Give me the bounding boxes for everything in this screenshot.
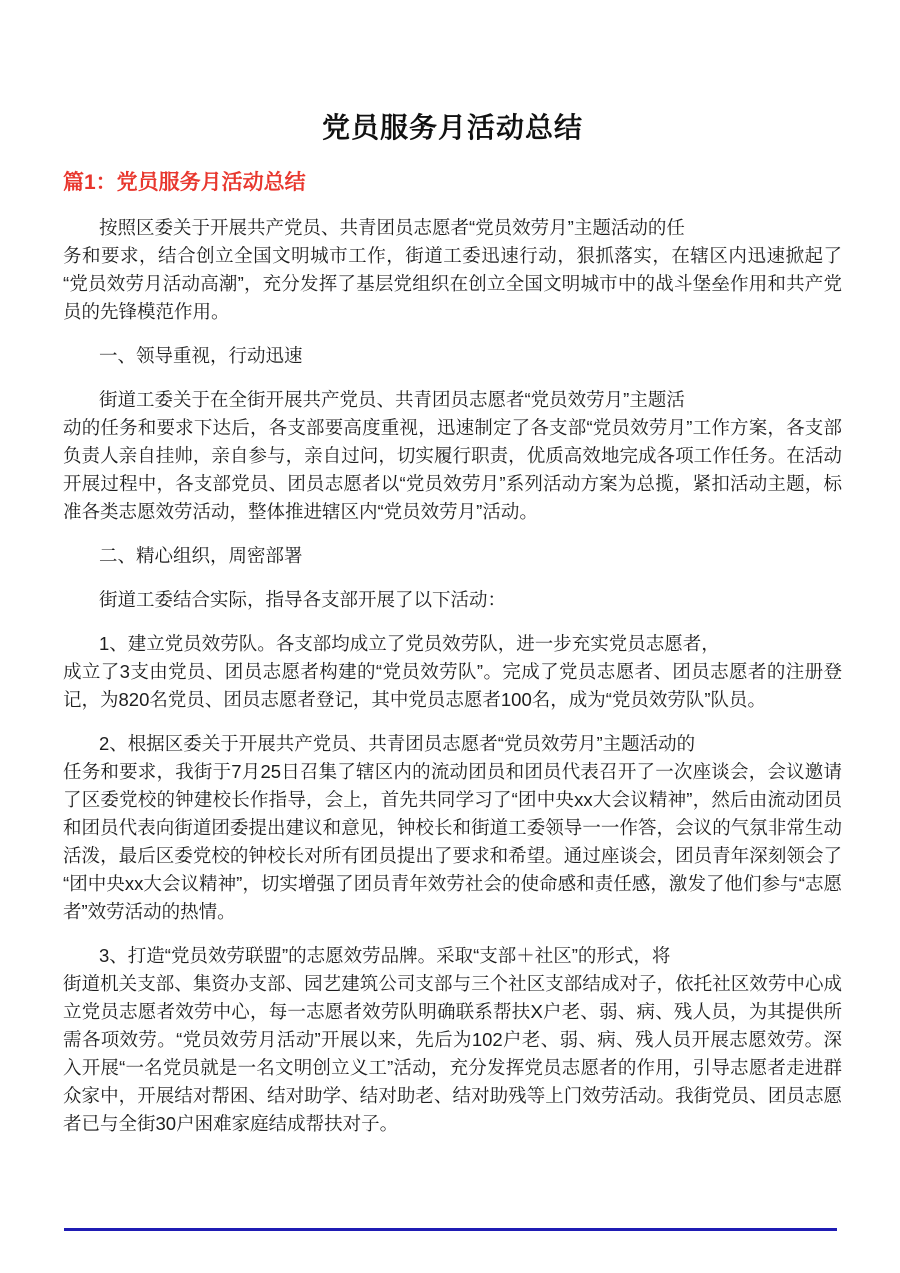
bottom-divider-line [64, 1228, 837, 1231]
section-heading: 篇1：党员服务月活动总结 [63, 168, 842, 198]
paragraph-item-2-first-line: 2、根据区委关于开展共产党员、共青团员志愿者“党员效劳月”主题活动的 [99, 733, 695, 754]
paragraph-item-3-rest: 街道机关支部、集资办支部、园艺建筑公司支部与三个社区支部结成对子，依托社区效劳中… [63, 973, 842, 1134]
paragraph-section-one-rest: 动的任务和要求下达后，各支部要高度重视，迅速制定了各支部“党员效劳月”工作方案，… [63, 417, 842, 522]
paragraph-item-3-first-line: 3、打造“党员效劳联盟”的志愿效劳品牌。采取“支部＋社区”的形式，将 [99, 945, 670, 966]
paragraph-intro: 按照区委关于开展共产党员、共青团员志愿者“党员效劳月”主题活动的任务和要求，结合… [63, 214, 842, 326]
paragraph-item-2-rest: 任务和要求，我街于7月25日召集了辖区内的流动团员和团员代表召开了一次座谈会，会… [63, 761, 842, 922]
page-title: 党员服务月活动总结 [63, 108, 842, 148]
paragraph-section-one: 街道工委关于在全街开展共产党员、共青团员志愿者“党员效劳月”主题活动的任务和要求… [63, 386, 842, 526]
paragraph-lead-line: 街道工委结合实际，指导各支部开展了以下活动： [63, 586, 842, 614]
subheading-one: 一、领导重视，行动迅速 [63, 342, 842, 370]
paragraph-item-1-rest: 成立了3支由党员、团员志愿者构建的“党员效劳队”。完成了党员志愿者、团员志愿者的… [63, 661, 842, 710]
paragraph-intro-rest: 务和要求，结合创立全国文明城市工作，街道工委迅速行动，狠抓落实，在辖区内迅速掀起… [63, 245, 842, 322]
paragraph-intro-first-line: 按照区委关于开展共产党员、共青团员志愿者“党员效劳月”主题活动的任 [99, 217, 685, 238]
document-page: { "colors": { "accent-red": "#e8362d", "… [0, 0, 900, 1273]
document-content: 党员服务月活动总结 篇1：党员服务月活动总结 按照区委关于开展共产党员、共青团员… [63, 108, 842, 1138]
paragraph-item-3: 3、打造“党员效劳联盟”的志愿效劳品牌。采取“支部＋社区”的形式，将街道机关支部… [63, 942, 842, 1138]
paragraph-item-1: 1、建立党员效劳队。各支部均成立了党员效劳队，进一步充实党员志愿者，成立了3支由… [63, 630, 842, 714]
paragraph-item-2: 2、根据区委关于开展共产党员、共青团员志愿者“党员效劳月”主题活动的任务和要求，… [63, 730, 842, 926]
paragraph-section-one-first-line: 街道工委关于在全街开展共产党员、共青团员志愿者“党员效劳月”主题活 [99, 389, 685, 410]
subheading-two: 二、精心组织，周密部署 [63, 542, 842, 570]
paragraph-item-1-first-line: 1、建立党员效劳队。各支部均成立了党员效劳队，进一步充实党员志愿者， [99, 633, 720, 654]
